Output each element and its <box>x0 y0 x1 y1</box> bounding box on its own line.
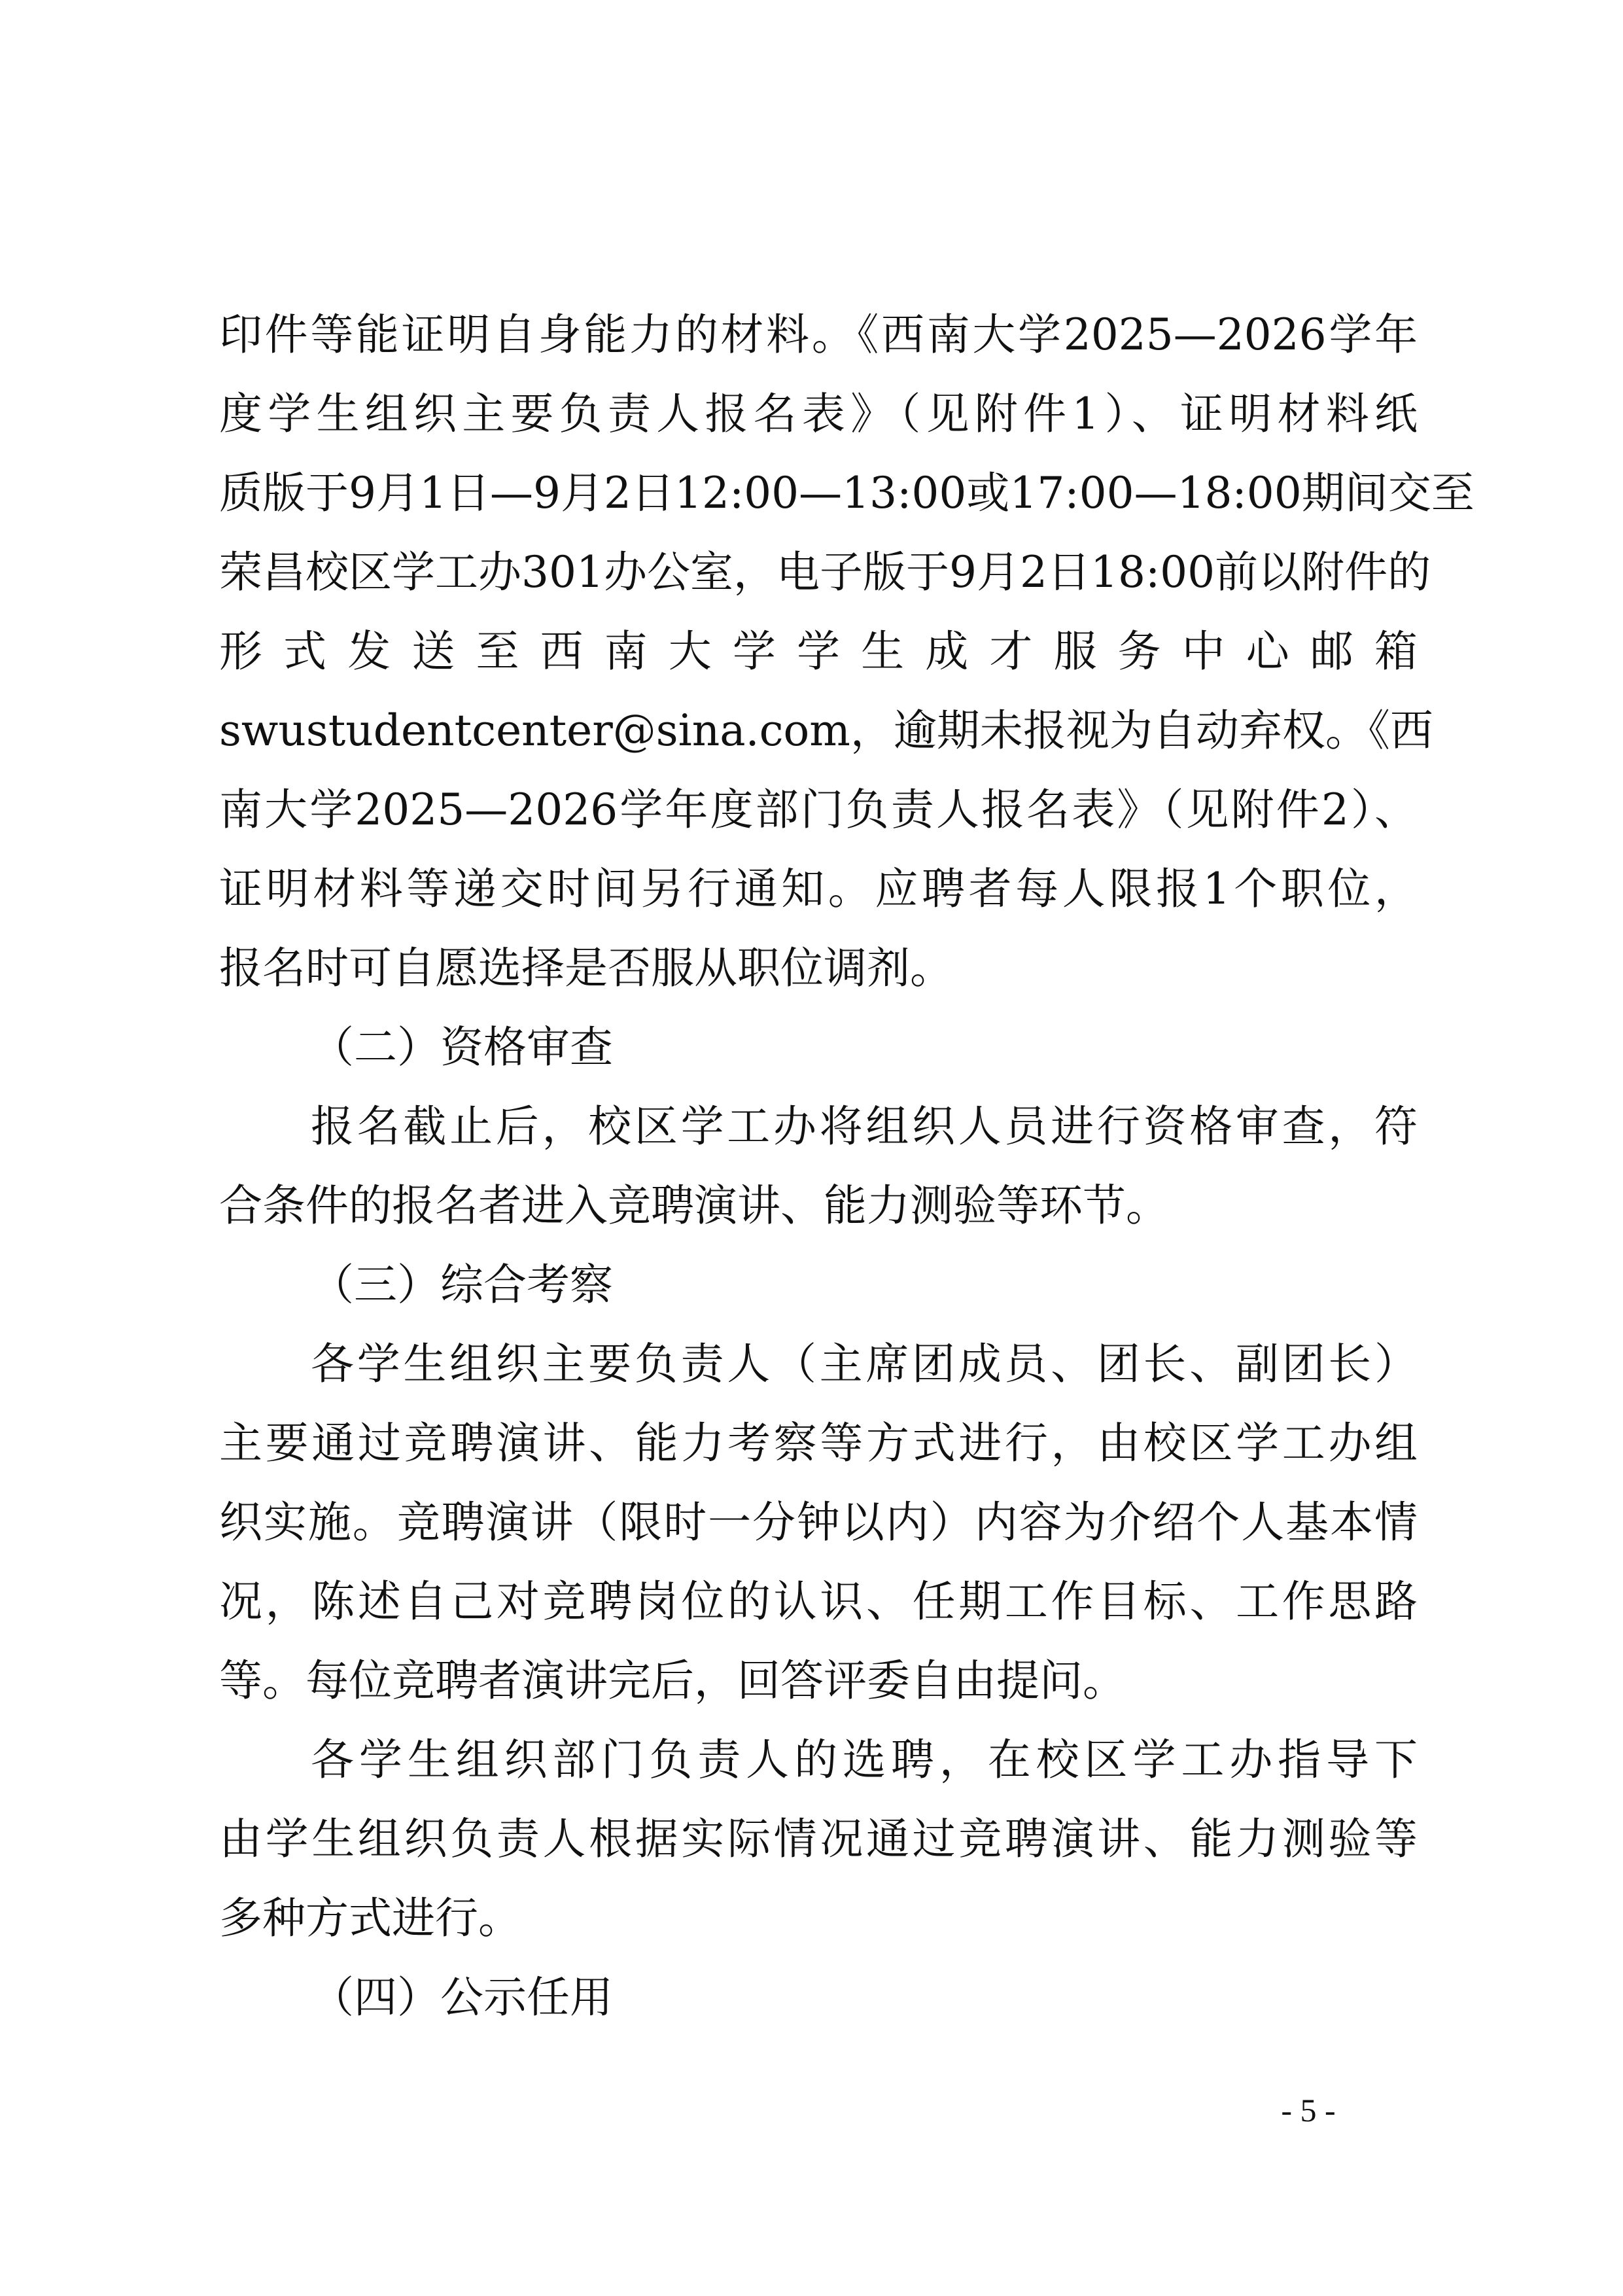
body-line: 主要通过竞聘演讲、能力考察等方式进行，由校区学工办组 <box>219 1404 1418 1483</box>
body-line: 多种方式进行。 <box>219 1879 1418 1958</box>
body-line: 南大学2025—2026学年度部门负责人报名表》（见附件2）、 <box>219 771 1418 849</box>
body-line: 报名时可自愿选择是否服从职位调剂。 <box>219 929 1418 1008</box>
paragraph-first-line: 各学生组织主要负责人（主席团成员、团长、副团长） <box>311 1325 1418 1404</box>
section-heading-comprehensive-assessment: （三）综合考察 <box>311 1246 1292 1324</box>
section-heading-qualification-review: （二）资格审查 <box>311 1008 1292 1087</box>
body-line: 由学生组织负责人根据实际情况通过竞聘演讲、能力测验等 <box>219 1800 1418 1879</box>
paragraph-first-line: 报名截止后，校区学工办将组织人员进行资格审查，符 <box>311 1087 1418 1166</box>
document-page: 印件等能证明自身能力的材料。《西南大学2025—2026学年 度学生组织主要负责… <box>0 0 1623 2296</box>
body-line: 形式发送至西南大学学生成才服务中心邮箱 <box>219 612 1418 691</box>
body-line: 度学生组织主要负责人报名表》（见附件1）、证明材料纸 <box>219 375 1418 453</box>
section-heading-publicity-appointment: （四）公示任用 <box>311 1958 1292 2037</box>
email-line: swustudentcenter@sina.com，逾期未报视为自动弃权。《西 <box>219 692 1418 770</box>
body-line: 质版于9月1日—9月2日12:00—13:00或17:00—18:00期间交至 <box>219 454 1418 533</box>
body-line: 合条件的报名者进入竞聘演讲、能力测验等环节。 <box>219 1167 1418 1245</box>
paragraph-first-line: 各学生组织部门负责人的选聘，在校区学工办指导下 <box>311 1721 1418 1799</box>
body-line: 织实施。竞聘演讲（限时一分钟以内）内容为介绍个人基本情 <box>219 1483 1418 1562</box>
page-number: - 5 - <box>1256 2087 1361 2133</box>
body-line: 荣昌校区学工办301办公室，电子版于9月2日18:00前以附件的 <box>219 533 1418 612</box>
body-line: 等。每位竞聘者演讲完后，回答评委自由提问。 <box>219 1642 1418 1720</box>
body-line: 证明材料等递交时间另行通知。应聘者每人限报1个职位， <box>219 850 1418 928</box>
body-line: 印件等能证明自身能力的材料。《西南大学2025—2026学年 <box>219 296 1418 374</box>
body-line: 况，陈述自己对竞聘岗位的认识、任期工作目标、工作思路 <box>219 1563 1418 1641</box>
